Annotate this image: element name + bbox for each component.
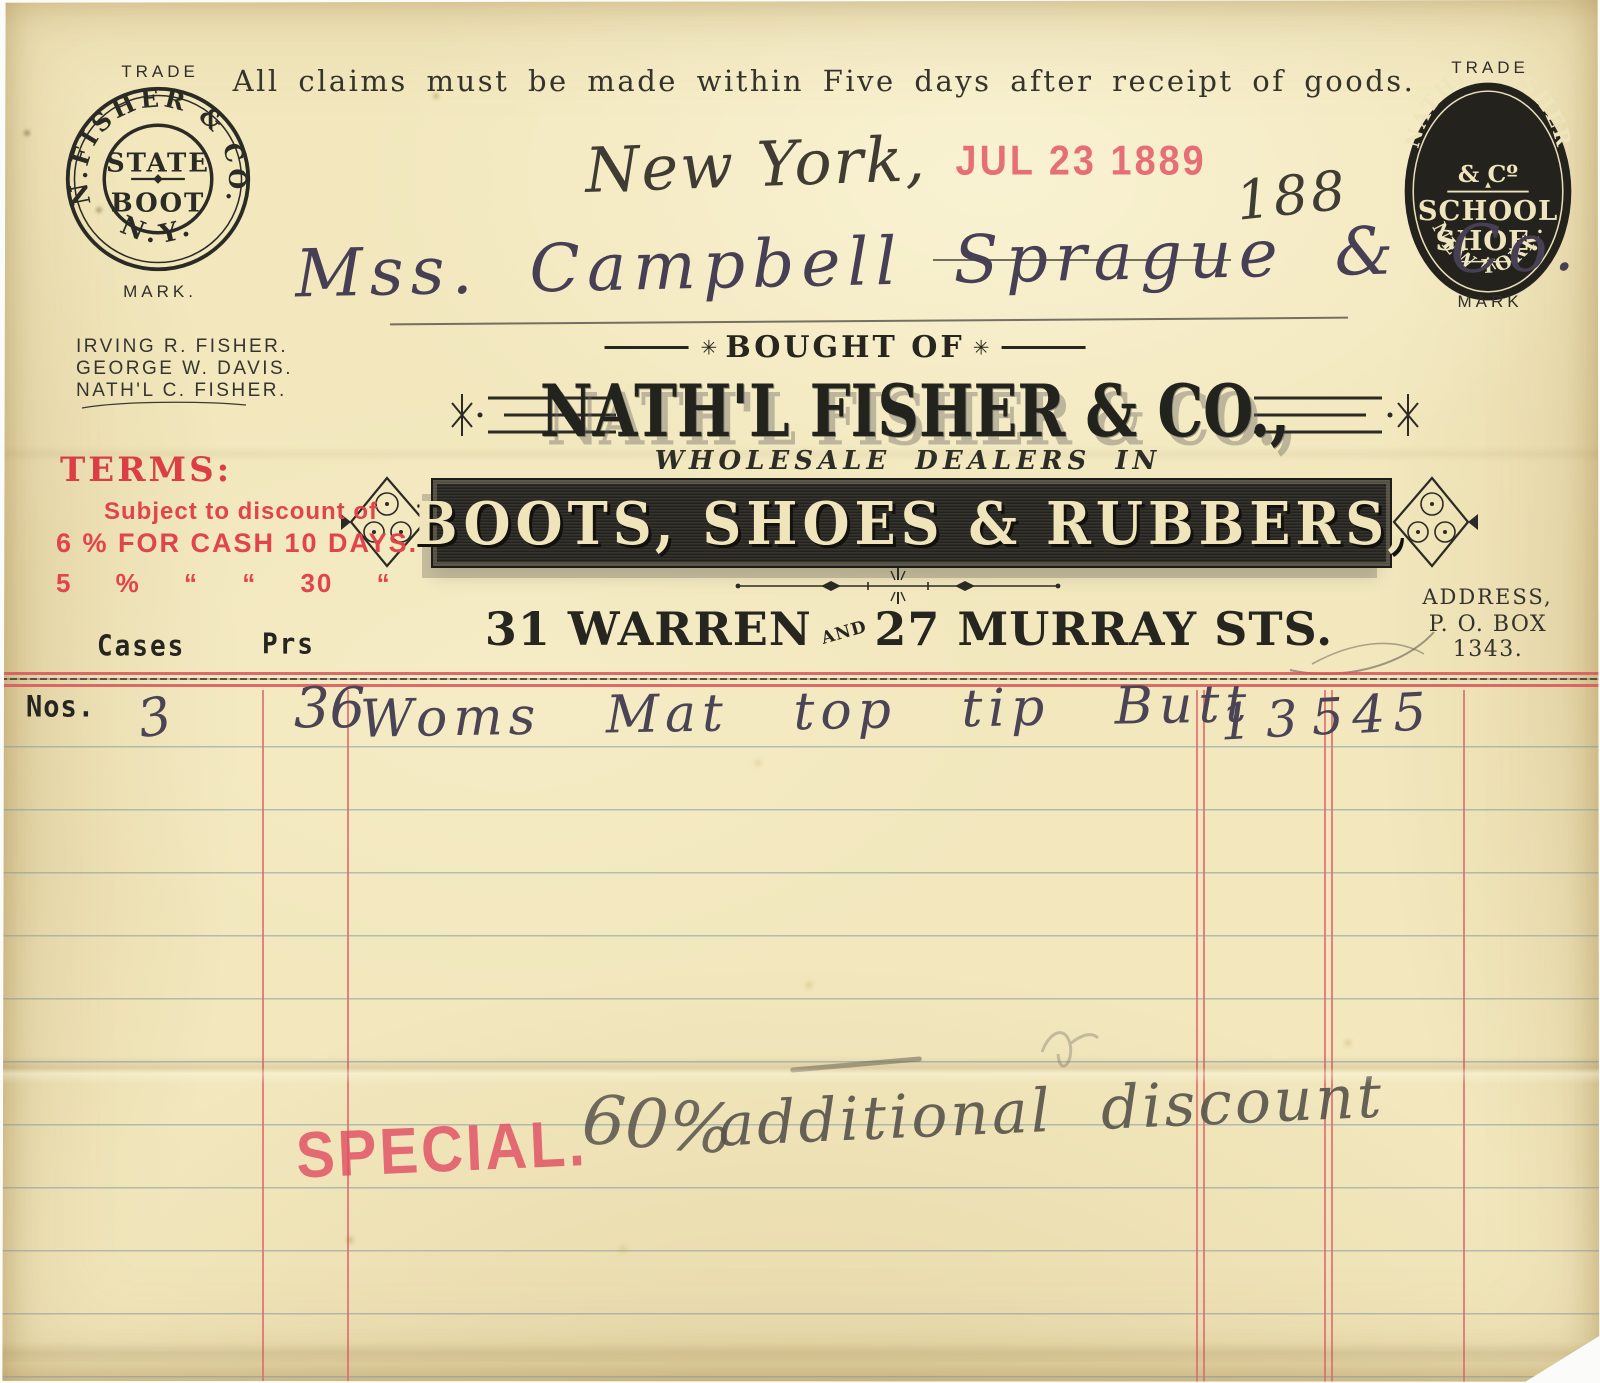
bought-of-row: ✳BOUGHT OF✳ [593, 330, 1098, 365]
left-trademark-trade-label: TRADE [55, 62, 265, 82]
header-rule-red-top [0, 672, 1600, 675]
right-trademark-trade-label: TRADE [1395, 58, 1585, 78]
dealers-line: WHOLESALE DEALERS IN [655, 446, 1162, 476]
street-part1: 31 WARREN [485, 602, 812, 656]
column-header-prs: Prs [262, 629, 315, 661]
goods-banner-text: BOOTS, SHOES & RUBBERS, [412, 488, 1411, 558]
bought-of-label: BOUGHT OF [725, 330, 964, 365]
partner-underline-flourish [80, 399, 250, 411]
scanned-billhead: All claims must be made within Five days… [0, 0, 1600, 1383]
claims-notice: All claims must be made within Five days… [233, 64, 1416, 98]
terms-title: TERMS: [60, 450, 232, 490]
discount-percent-handwriting: 60% [579, 1081, 735, 1170]
partner-name: IRVING R. FISHER. [76, 336, 293, 358]
billhead-paper: All claims must be made within Five days… [0, 0, 1600, 1383]
customer-underline [390, 317, 1348, 326]
paper-stains [0, 0, 6, 6]
header-rule-dark [0, 678, 1600, 680]
entry-price-handwriting: 135 [1219, 686, 1359, 751]
left-trademark-mark-label: MARK. [55, 282, 265, 302]
terms-line3: 5 % “ “ 30 “ [56, 568, 392, 599]
red-column-rule [262, 690, 264, 1383]
right-trademark-mark-label: MARK [1395, 292, 1585, 312]
red-column-rule [1331, 690, 1333, 1383]
ornament-dash-right [1001, 346, 1085, 349]
street-part2: 27 MURRAY STS. [874, 602, 1333, 656]
partner-name: GEORGE W. DAVIS. [76, 358, 293, 380]
address-label: ADDRESS, [1400, 585, 1575, 609]
company-title-wrap: NATH'L FISHER & CO., [524, 370, 1305, 440]
date-stamp: JUL 23 1889 [956, 137, 1207, 184]
state-boot-seal-icon: N.FISHER & CO. N.Y. STATE BOOT [62, 83, 254, 275]
goods-banner: BOOTS, SHOES & RUBBERS, [431, 478, 1392, 568]
red-column-rule [1203, 690, 1205, 1383]
seal-center-line1: STATE [106, 148, 210, 178]
special-stamp: SPECIAL. [295, 1106, 589, 1194]
customer-name-handwriting: Mss. Campbell Sprague & Co. [294, 209, 1582, 313]
nos-label: Nos. [26, 691, 95, 724]
entry-cases-handwriting: 3 [133, 686, 176, 751]
red-column-rule [1324, 690, 1326, 1383]
entry-prs-handwriting: 36 [294, 676, 365, 741]
place-script: New York, [584, 122, 928, 207]
street-line: 31 WARRENAND27 MURRAY STS. [485, 602, 1333, 656]
red-column-rule [347, 690, 349, 1383]
terms-line1: Subject to discount of [104, 498, 378, 526]
ornament-dash-left [605, 346, 689, 349]
company-title: NATH'L FISHER & CO., [540, 370, 1290, 454]
red-column-rule [1463, 690, 1465, 1383]
asterisk-icon: ✳ [973, 336, 990, 360]
partner-names: IRVING R. FISHER. GEORGE W. DAVIS. NATH'… [76, 336, 293, 402]
red-column-rule [1196, 690, 1198, 1383]
seal-center-line2: BOOT [111, 189, 205, 219]
divider-ornament-icon [733, 566, 1063, 606]
street-and: AND [819, 616, 869, 648]
asterisk-icon: ✳ [701, 336, 718, 360]
terms-line2: 6 % FOR CASH 10 DAYS. [56, 528, 418, 559]
entry-amount-handwriting: 45 [1350, 682, 1435, 746]
column-header-cases: Cases [97, 631, 185, 663]
